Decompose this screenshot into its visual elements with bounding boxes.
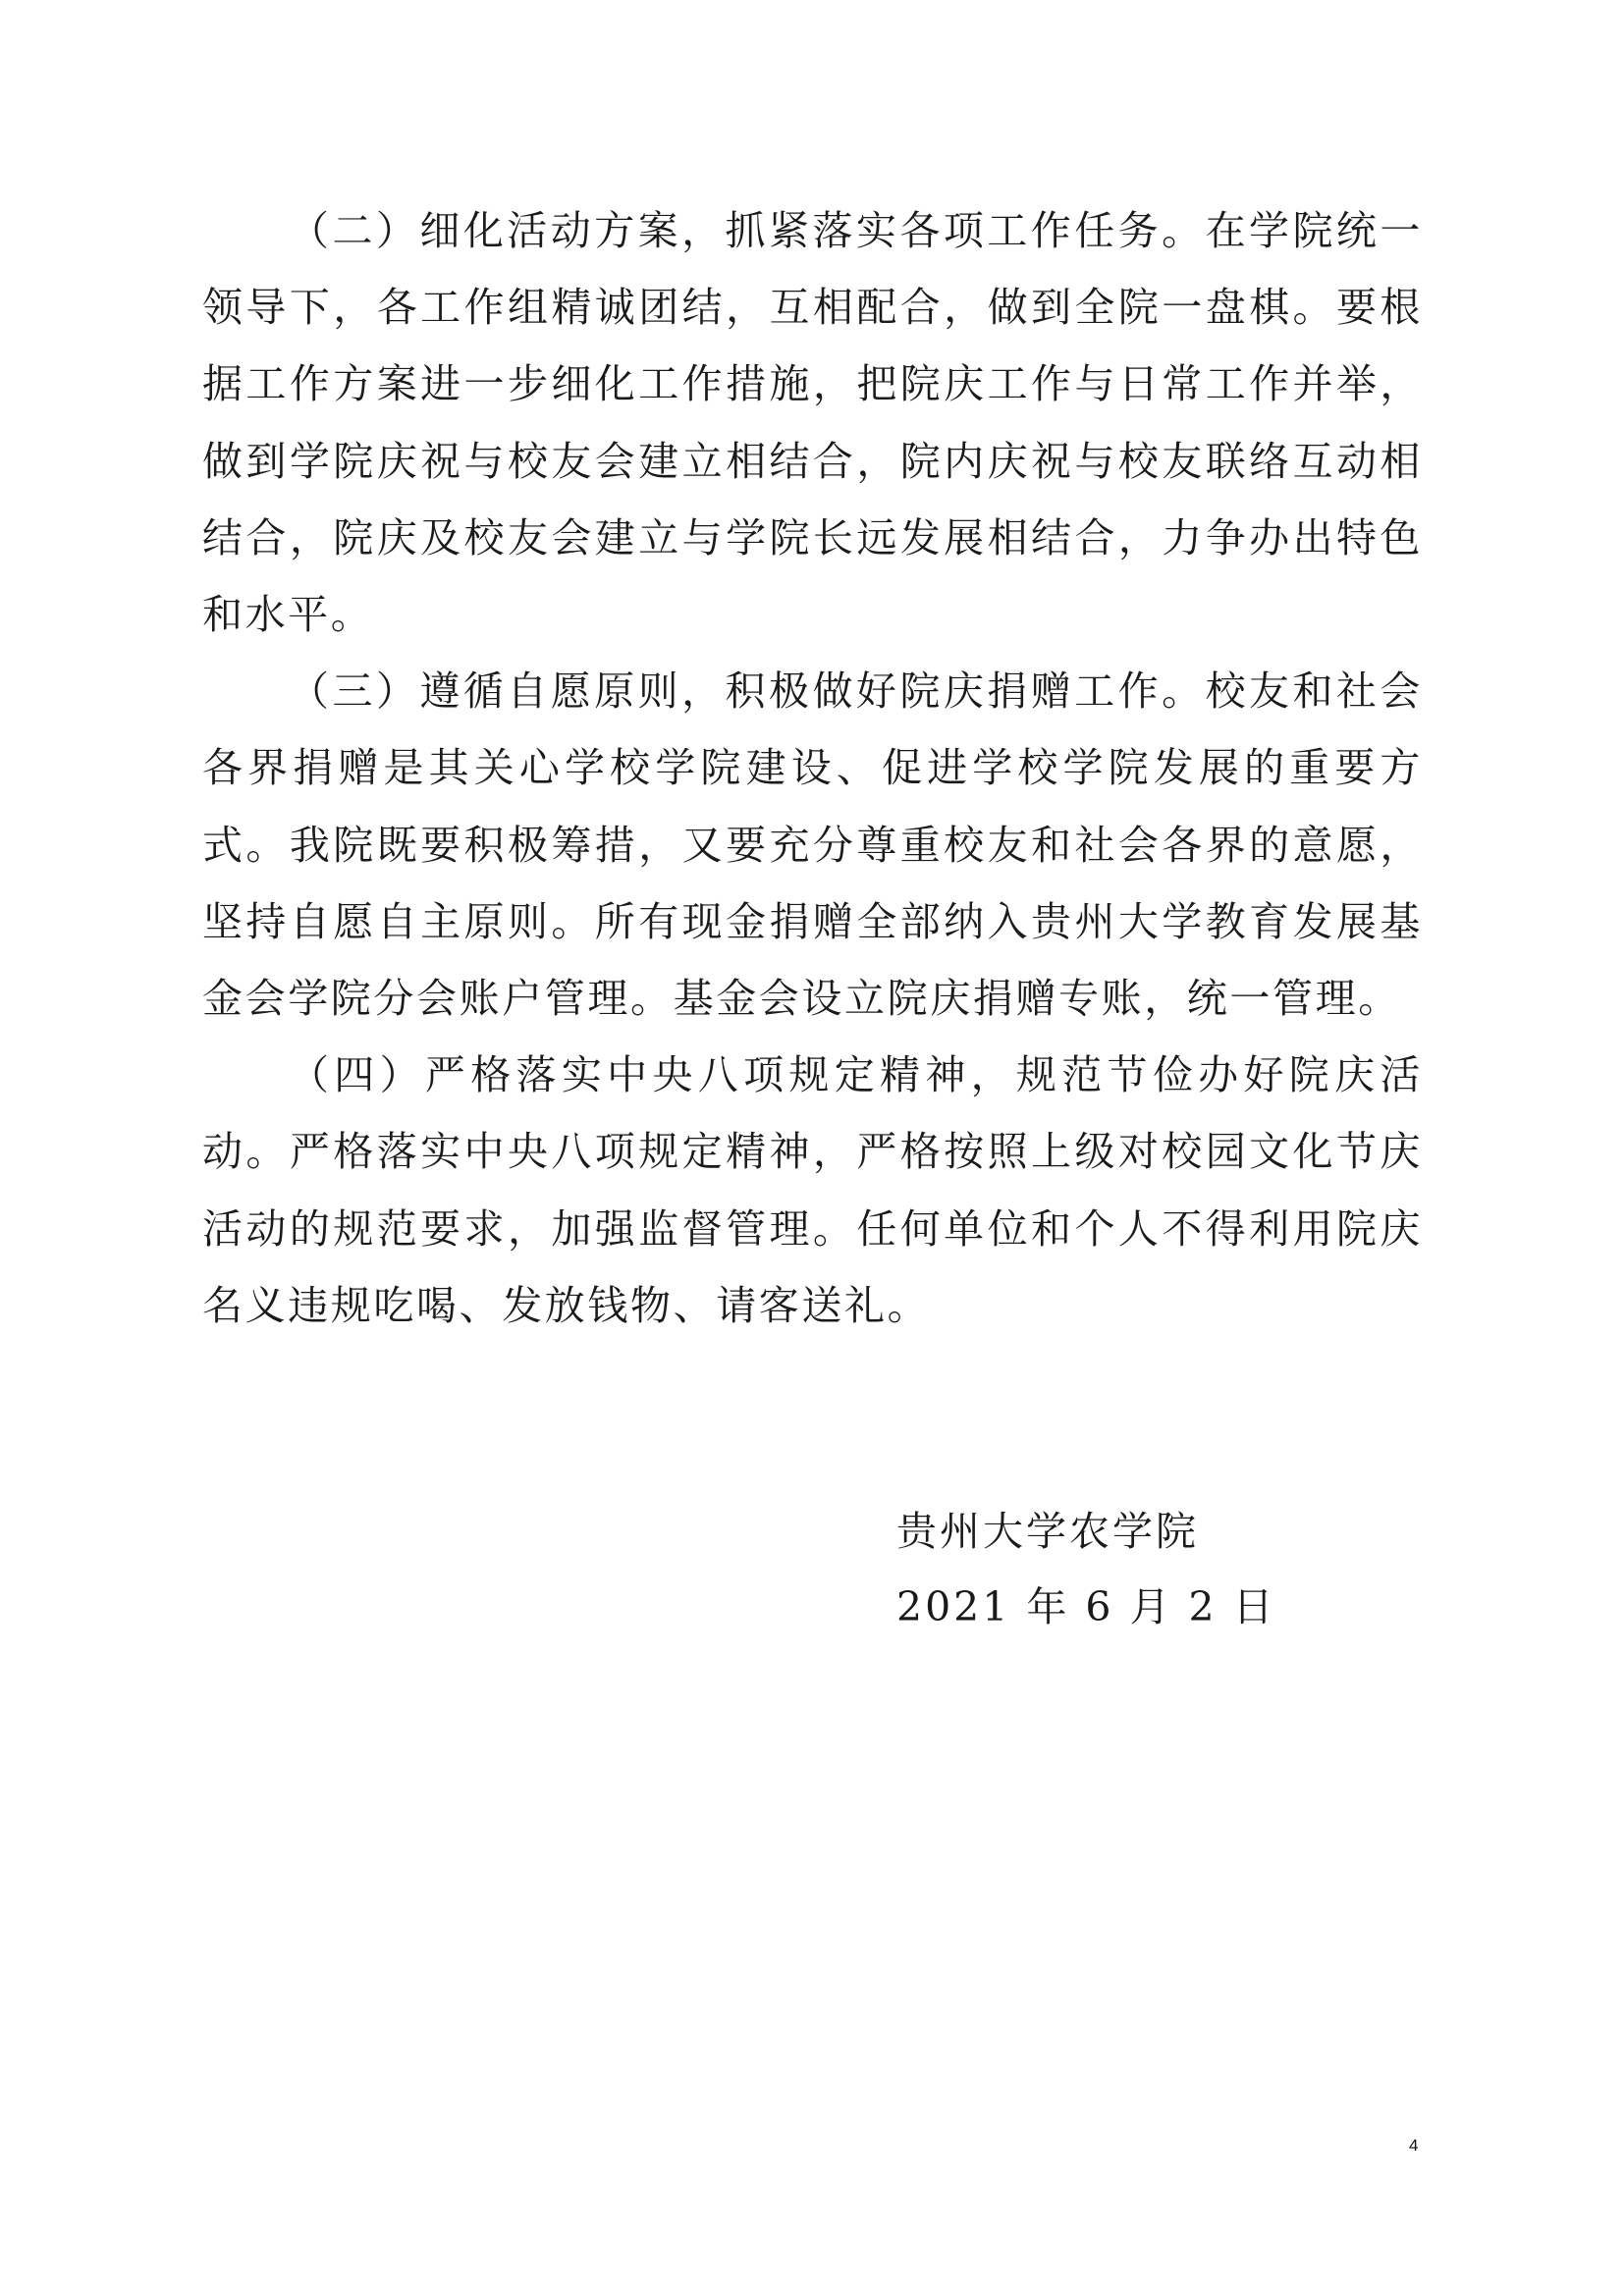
document-page: （二）细化活动方案，抓紧落实各项工作任务。在学院统一领导下，各工作组精诚团结，互…: [0, 0, 1624, 2296]
paragraph-detail-activity-plan: （二）细化活动方案，抓紧落实各项工作任务。在学院统一领导下，各工作组精诚团结，互…: [202, 192, 1423, 653]
paragraph-donation-principle: （三）遵循自愿原则，积极做好院庆捐赠工作。校友和社会各界捐赠是其关心学校学院建设…: [202, 653, 1423, 1037]
signature-organization: 贵州大学农学院: [896, 1494, 1276, 1570]
page-number: 4: [1409, 2136, 1418, 2156]
signature-date: 2021 年 6 月 2 日: [896, 1570, 1276, 1645]
paragraph-eight-point-regulations: （四）严格落实中央八项规定精神，规范节俭办好院庆活动。严格落实中央八项规定精神，…: [202, 1037, 1423, 1344]
signature-block: 贵州大学农学院 2021 年 6 月 2 日: [896, 1494, 1276, 1645]
document-body: （二）细化活动方案，抓紧落实各项工作任务。在学院统一领导下，各工作组精诚团结，互…: [202, 192, 1423, 1344]
